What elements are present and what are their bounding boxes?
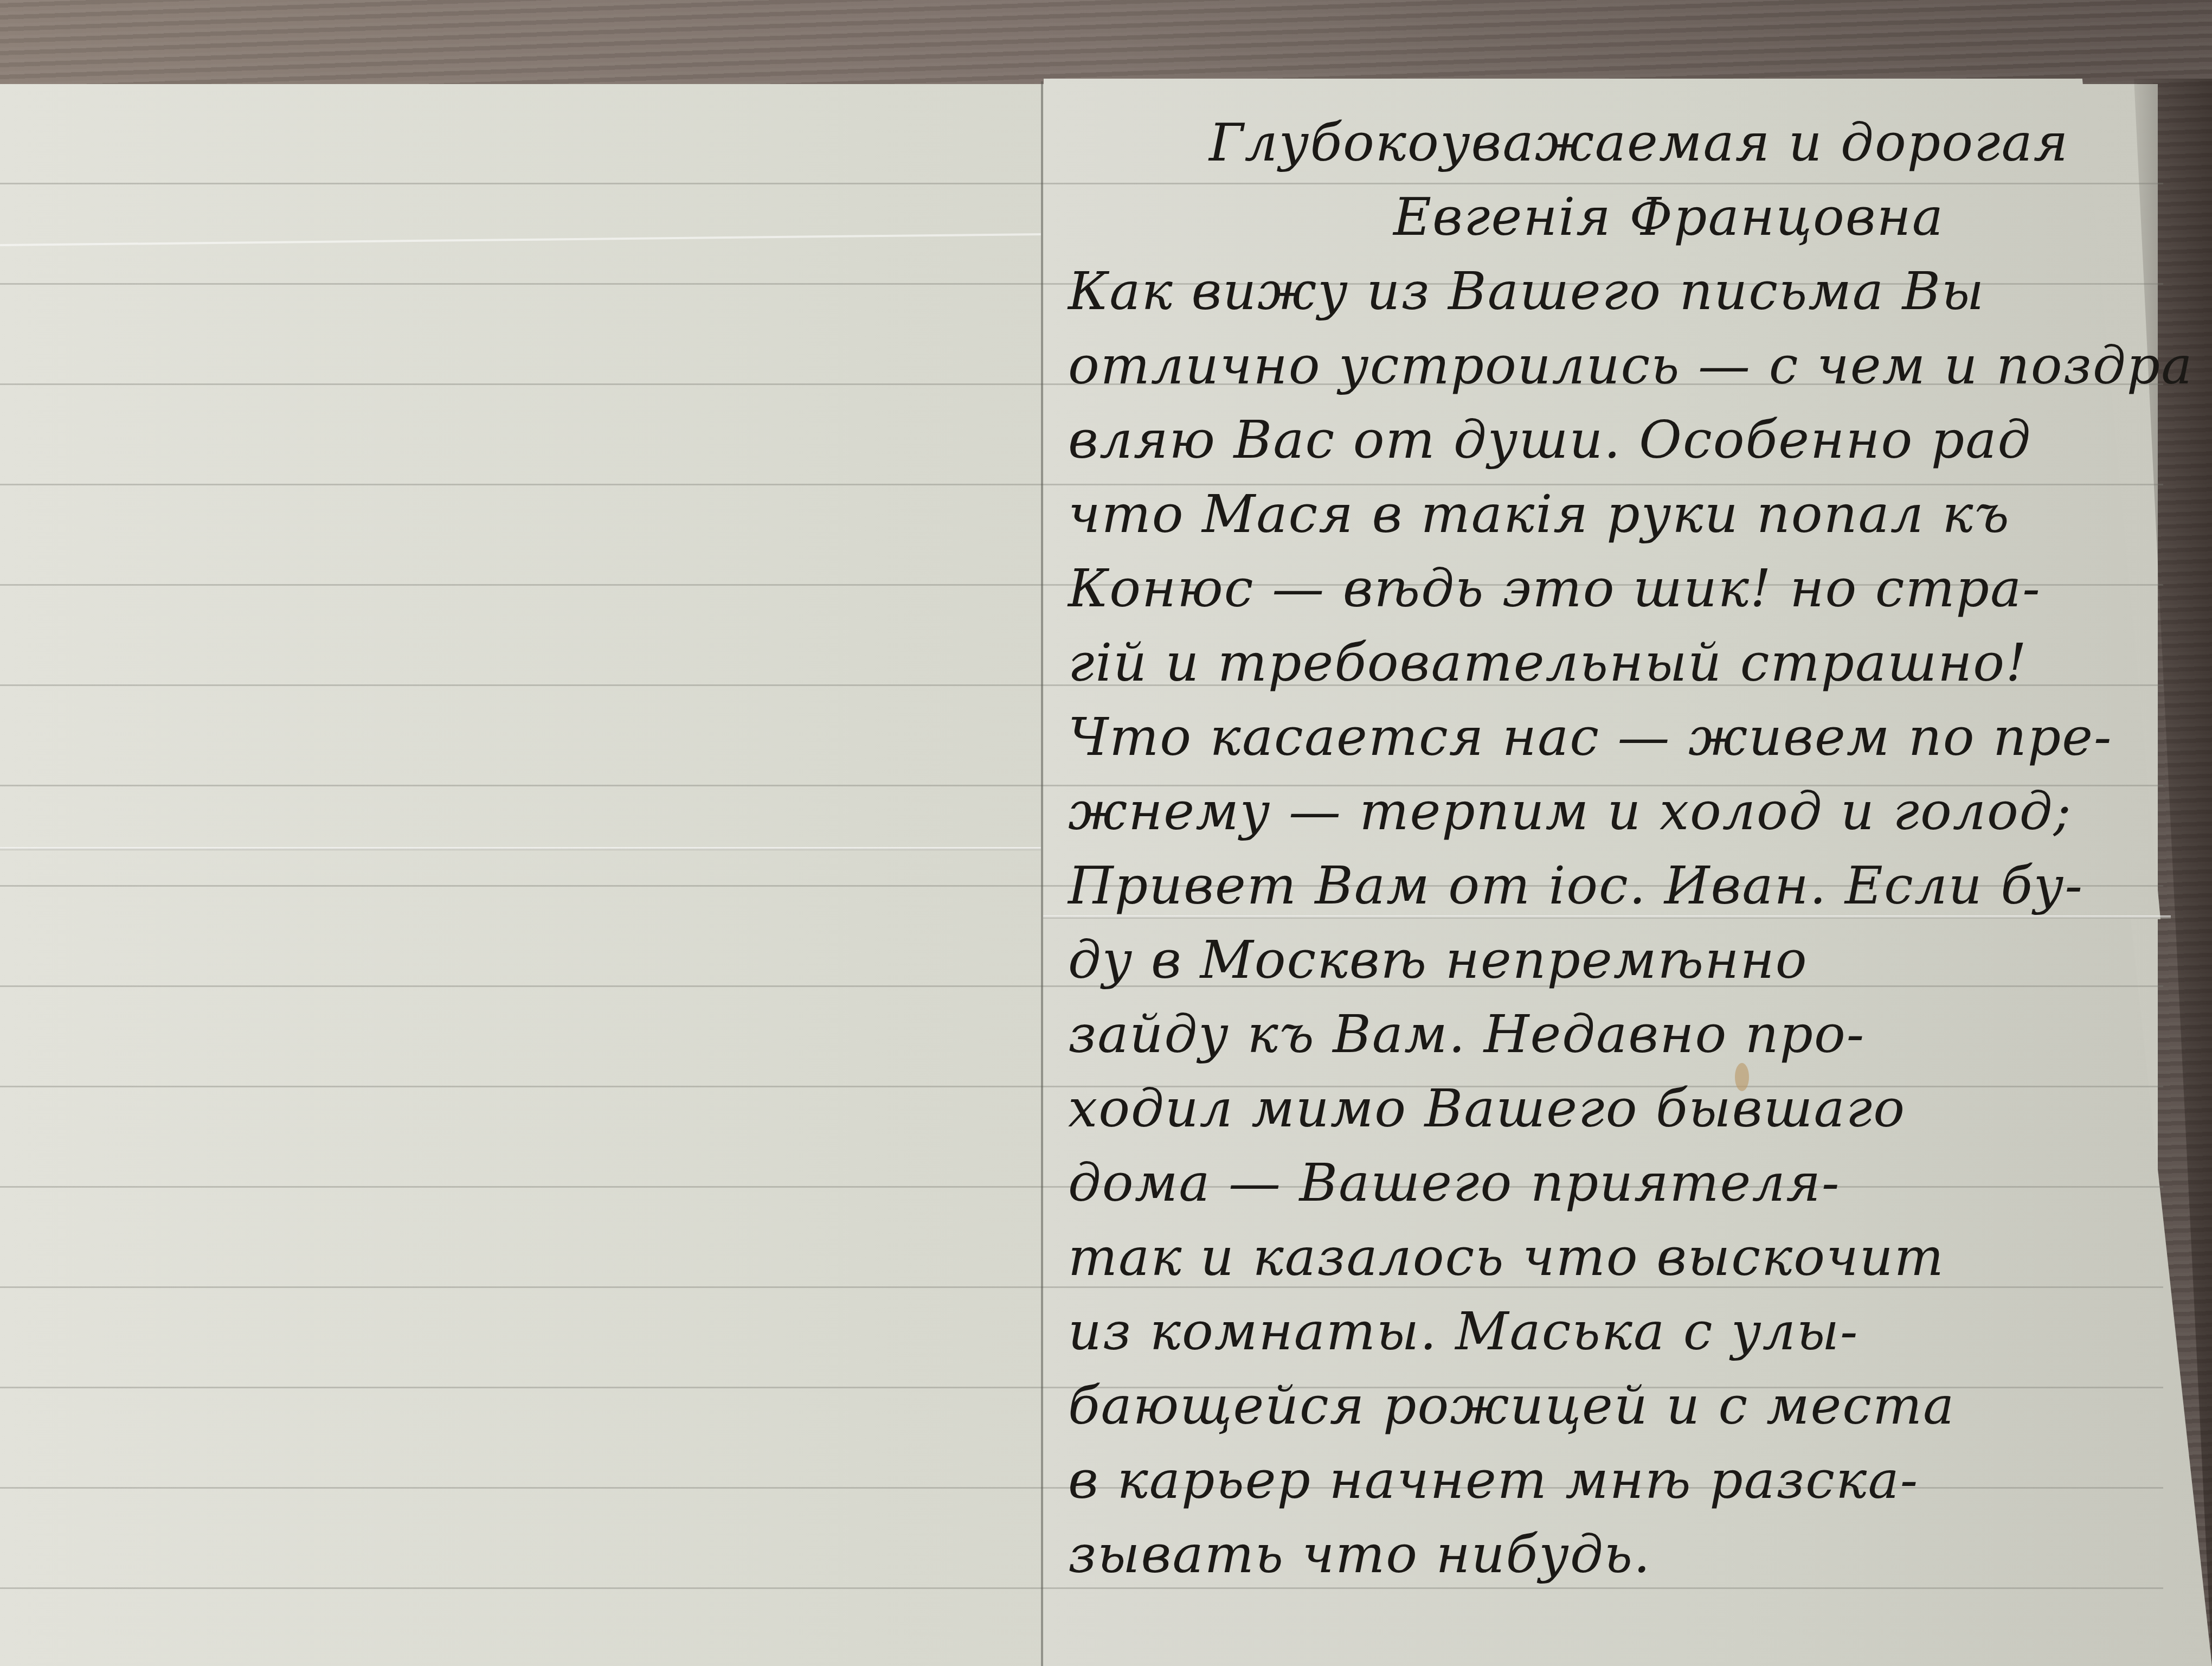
letter-line: зайду къ Вам. Недавно про- [1068,997,2131,1072]
letter-line: Привет Вам от іос. Иван. Если бу- [1068,849,2131,923]
letter-line: дома — Вашего приятеля- [1068,1146,2131,1220]
letter-line: ду в Москвѣ непремѣнно [1068,923,2131,997]
letter-line: жнему — терпим и холод и голод; [1068,774,2131,849]
addressee-name: Евгенія Францовна [1068,180,2131,254]
letter-line: из комнаты. Маська с улы- [1068,1295,2131,1369]
letter-line: в карьер начнет мнѣ разска- [1068,1443,2131,1517]
letter-line: что Мася в такія руки попал къ [1068,477,2131,552]
letter-line: вляю Вас от души. Особенно рад [1068,403,2131,477]
salutation-line: Глубокоуважаемая и дорогая [1068,106,2131,180]
vertical-page-fold [1041,81,1043,1666]
letter-line: ходил мимо Вашего бывшаго [1068,1072,2131,1146]
letter-line: гій и требовательный страшно! [1068,626,2131,700]
letter-line: Конюс — вѣдь это шик! но стра- [1068,552,2131,626]
letter-line: отлично устроились — с чем и поздра [1068,329,2131,403]
horizontal-fold-left [0,847,1041,850]
handwritten-letter-text: Глубокоуважаемая и дорогая Евгенія Франц… [1068,106,2131,1592]
letter-line: Что касается нас — живем по пре- [1068,700,2131,774]
letter-line: бающейся рожицей и с места [1068,1369,2131,1443]
letter-line: так и казалось что выскочит [1068,1220,2131,1295]
letter-line: Как вижу из Вашего письма Вы [1068,254,2131,329]
letter-line: зывать что нибудь. [1068,1517,2131,1592]
